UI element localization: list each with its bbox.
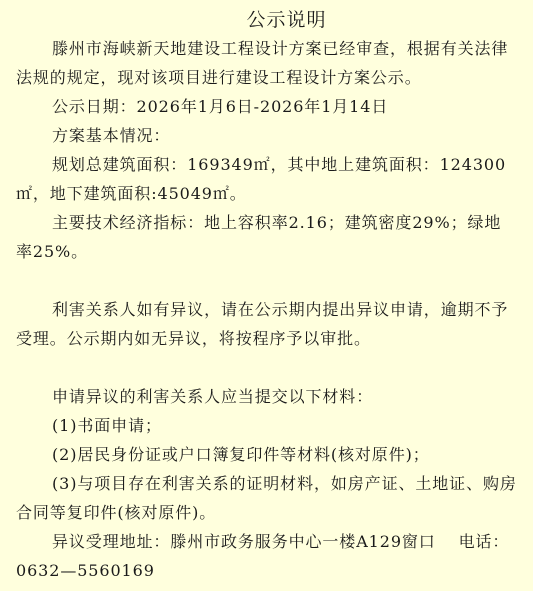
blank-line — [16, 266, 517, 295]
objection-notice: 利害关系人如有异议，请在公示期内提出异议申请，逾期不予受理。公示期内如无异议，将… — [16, 295, 517, 353]
blank-line — [16, 353, 517, 382]
notice-document: 公示说明 滕州市海峡新天地建设工程设计方案已经审查，根据有关法律法规的规定，现对… — [0, 0, 533, 591]
area-summary: 规划总建筑面积：169349㎡，其中地上建筑面积：124300㎡，地下建筑面积:… — [16, 150, 517, 208]
materials-heading: 申请异议的利害关系人应当提交以下材料： — [16, 382, 517, 411]
materials-item-1: (1)书面申请； — [16, 411, 517, 440]
plan-overview-heading: 方案基本情况： — [16, 121, 517, 150]
materials-item-2: (2)居民身份证或户口簿复印件等材料(核对原件)； — [16, 440, 517, 469]
document-title: 公示说明 — [16, 6, 517, 34]
technical-indicators: 主要技术经济指标：地上容积率2.16；建筑密度29%；绿地率25%。 — [16, 208, 517, 266]
materials-item-3: (3)与项目存在利害关系的证明材料，如房产证、土地证、购房合同等复印件(核对原件… — [16, 469, 517, 527]
notice-period: 公示日期：2026年1月6日-2026年1月14日 — [16, 92, 517, 121]
address-and-phone: 异议受理地址：滕州市政务服务中心一楼A129窗口 电话：0632—5560169 — [16, 527, 517, 585]
intro-paragraph: 滕州市海峡新天地建设工程设计方案已经审查，根据有关法律法规的规定，现对该项目进行… — [16, 34, 517, 92]
